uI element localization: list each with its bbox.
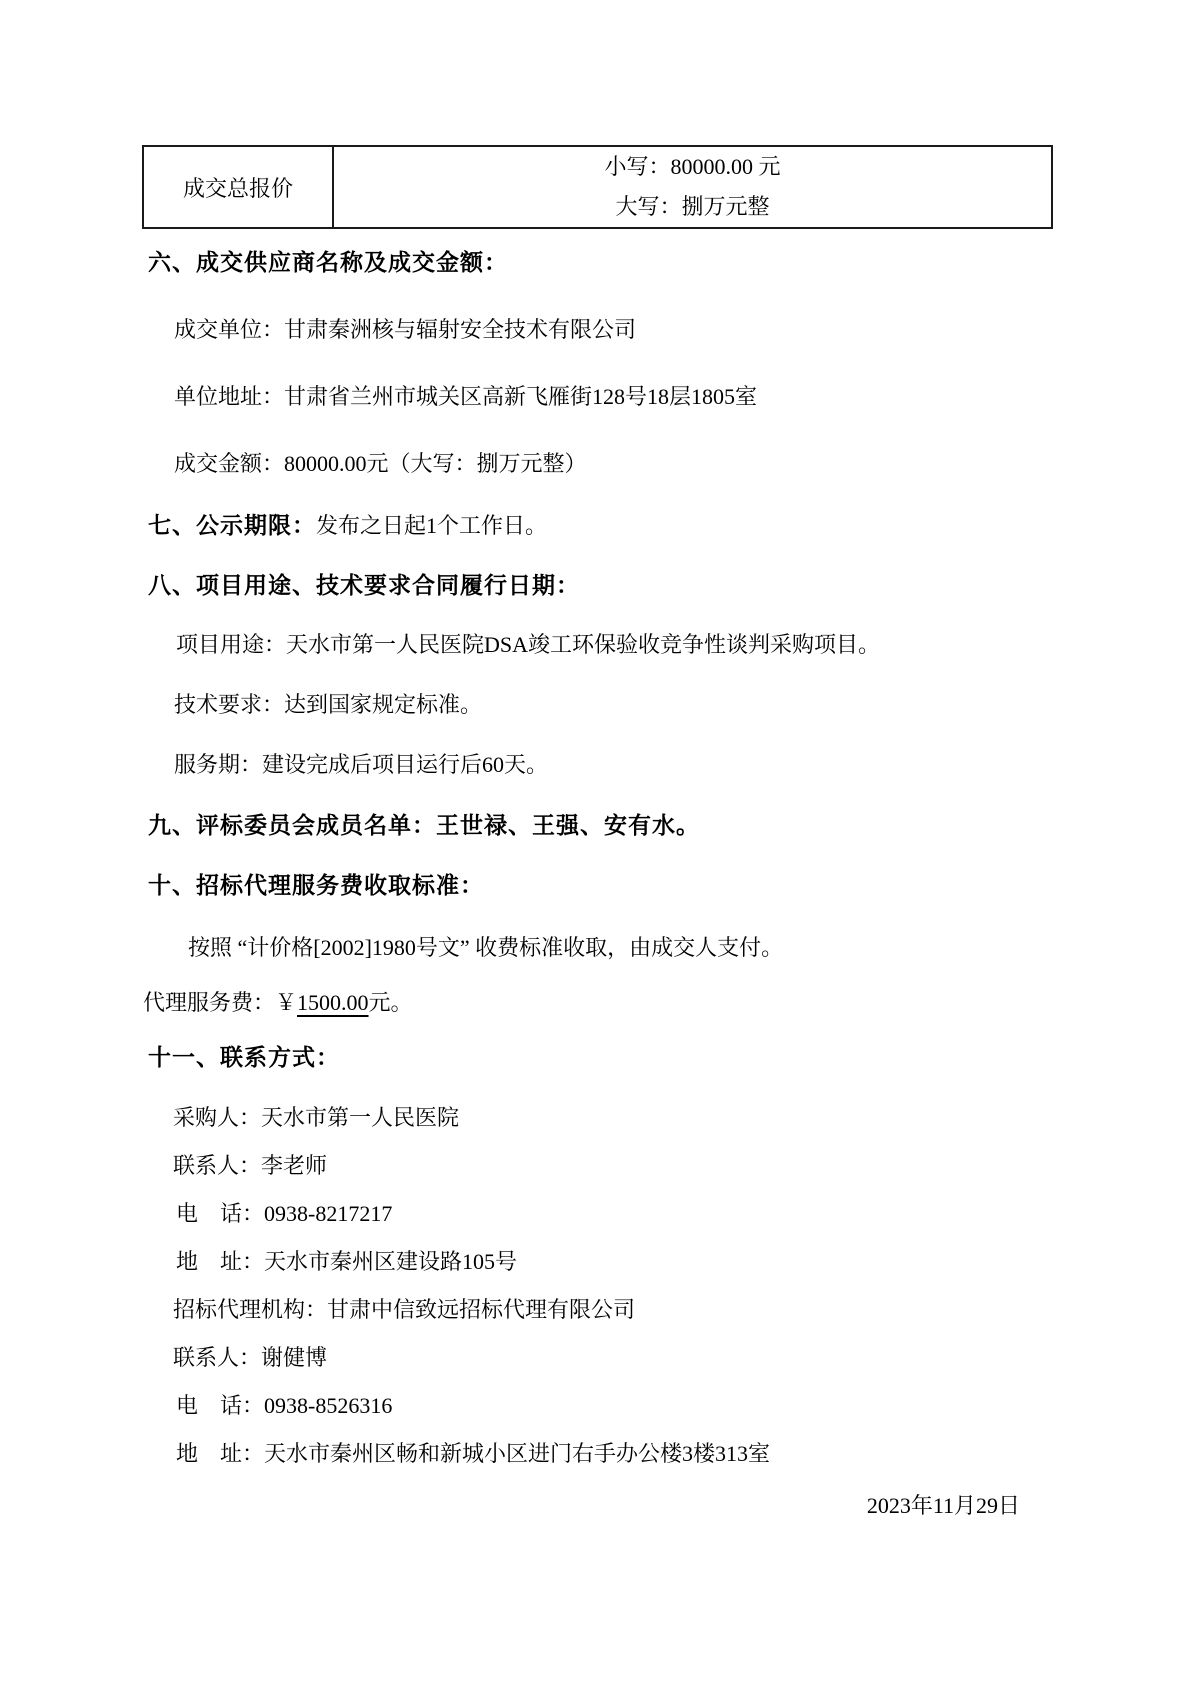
section7-content: 发布之日起1个工作日。: [316, 513, 547, 538]
document-page: 成交总报价 小写：80000.00 元 大写：捌万元整 六、成交供应商名称及成交…: [0, 0, 1191, 1684]
section8-heading: 八、项目用途、技术要求合同履行日期：: [148, 570, 580, 600]
agency-address-line: 地 址：天水市秦州区畅和新城小区进门右手办公楼3楼313室: [176, 1439, 770, 1469]
purchaser-address-line: 地 址：天水市秦州区建设路105号: [176, 1247, 517, 1277]
section10-heading: 十、招标代理服务费收取标准：: [148, 870, 484, 900]
agency-contact-line: 联系人：谢健博: [173, 1343, 327, 1373]
service-period-line: 服务期：建设完成后项目运行后60天。: [174, 750, 548, 780]
agency-fee-label: 代理服务费：￥: [143, 990, 297, 1015]
announcement-date: 2023年11月29日: [142, 1491, 1020, 1521]
price-in-figures: 小写：80000.00 元: [334, 147, 1051, 187]
total-price-value-cell: 小写：80000.00 元 大写：捌万元整: [334, 147, 1051, 227]
total-price-label: 成交总报价: [183, 172, 293, 203]
purchaser-contact-line: 联系人：李老师: [173, 1151, 327, 1181]
section11-heading: 十一、联系方式：: [148, 1042, 340, 1072]
supplier-address-line: 单位地址：甘肃省兰州市城关区高新飞雁街128号18层1805室: [174, 382, 757, 412]
transaction-amount-line: 成交金额：80000.00元（大写：捌万元整）: [174, 449, 587, 479]
project-purpose-line: 项目用途：天水市第一人民医院DSA竣工环保验收竞争性谈判采购项目。: [176, 630, 880, 660]
supplier-name-line: 成交单位：甘肃秦洲核与辐射安全技术有限公司: [174, 315, 636, 345]
section9-heading: 九、评标委员会成员名单：王世禄、王强、安有水。: [148, 810, 700, 840]
agency-line: 招标代理机构：甘肃中信致远招标代理有限公司: [173, 1295, 635, 1325]
section7-line: 七、公示期限：发布之日起1个工作日。: [148, 510, 547, 541]
agency-phone-line: 电 话：0938-8526316: [176, 1391, 392, 1421]
fee-basis-line: 按照 “计价格[2002]1980号文” 收费标准收取，由成交人支付。: [188, 933, 783, 963]
price-in-words: 大写：捌万元整: [334, 187, 1051, 227]
agency-fee-line: 代理服务费：￥1500.00元。: [143, 988, 413, 1018]
total-price-label-cell: 成交总报价: [144, 147, 334, 227]
tech-requirement-line: 技术要求：达到国家规定标准。: [174, 690, 482, 720]
agency-fee-amount: 1500.00: [297, 990, 369, 1015]
section7-heading: 七、公示期限：: [148, 512, 316, 538]
agency-fee-unit: 元。: [369, 990, 413, 1015]
section6-heading: 六、成交供应商名称及成交金额：: [148, 247, 508, 277]
total-price-table: 成交总报价 小写：80000.00 元 大写：捌万元整: [142, 145, 1053, 229]
purchaser-phone-line: 电 话：0938-8217217: [176, 1199, 392, 1229]
purchaser-line: 采购人：天水市第一人民医院: [173, 1103, 459, 1133]
